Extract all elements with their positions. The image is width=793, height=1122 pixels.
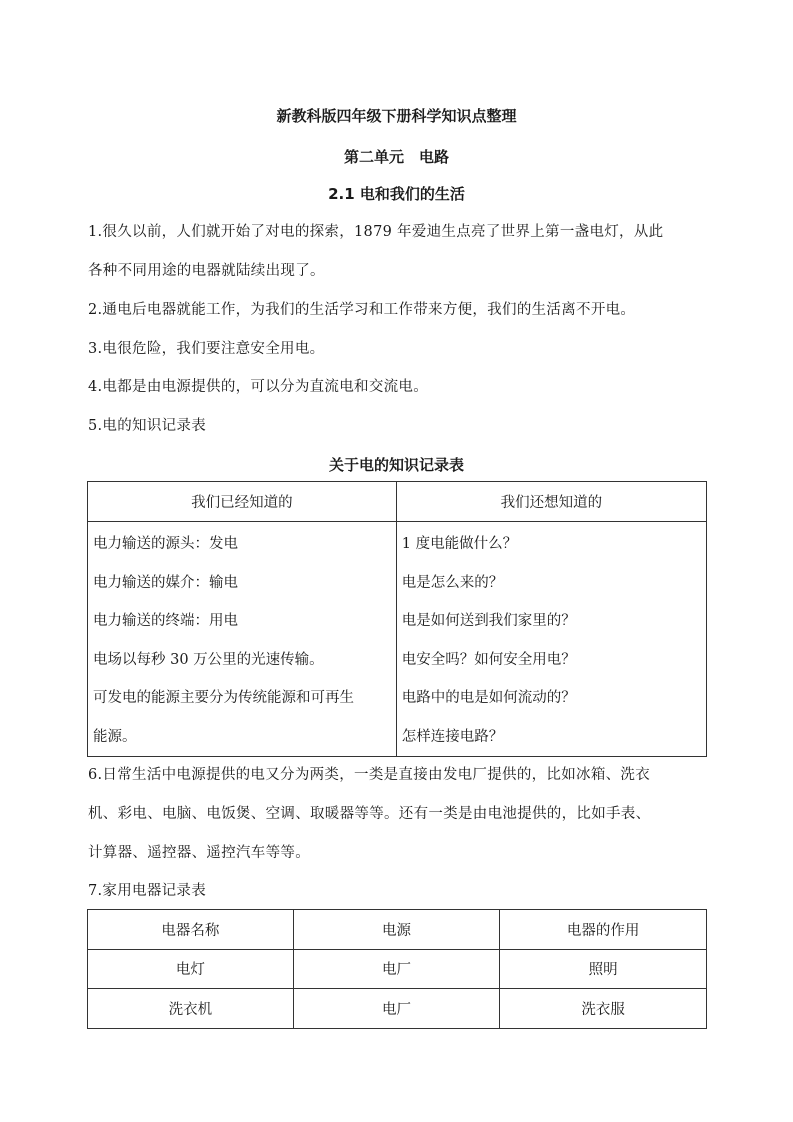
question-item: 电是如何送到我们家里的？ [402,602,706,641]
known-item: 能源。 [93,718,396,757]
paragraph-3: 3.电很危险，我们要注意安全用电。 [88,337,324,358]
table-header-row: 我们已经知道的 我们还想知道的 [88,482,707,522]
known-item: 电力输送的媒介：输电 [93,564,396,603]
appliance-use-cell: 照明 [500,949,707,989]
unit-heading: 第二单元 电路 [0,146,793,167]
header-known: 我们已经知道的 [88,482,397,522]
known-item: 电力输送的源头：发电 [93,525,396,564]
paragraph-6-line-3: 计算器、遥控器、遥控汽车等等。 [88,841,310,862]
paragraph-4: 4.电都是由电源提供的，可以分为直流电和交流电。 [88,375,428,396]
header-appliance-use: 电器的作用 [500,910,707,950]
header-want-to-know: 我们还想知道的 [396,482,706,522]
section-heading: 2.1 电和我们的生活 [0,183,793,204]
paragraph-7: 7.家用电器记录表 [88,879,206,900]
electricity-knowledge-table: 我们已经知道的 我们还想知道的 电力输送的源头：发电 电力输送的媒介：输电 电力… [87,481,707,757]
table1-caption: 关于电的知识记录表 [0,454,793,475]
want-to-know-cell: 1 度电能做什么？ 电是怎么来的？ 电是如何送到我们家里的？ 电安全吗？如何安全… [396,522,706,757]
paragraph-6-line-2: 机、彩电、电脑、电饭煲、空调、取暖器等等。还有一类是由电池提供的，比如手表、 [88,802,650,823]
header-power-source: 电源 [293,910,500,950]
paragraph-6-line-1: 6.日常生活中电源提供的电又分为两类，一类是直接由发电厂提供的，比如冰箱、洗衣 [88,763,650,784]
paragraph-5: 5.电的知识记录表 [88,414,206,435]
question-item: 怎样连接电路？ [402,718,706,757]
known-cell: 电力输送的源头：发电 电力输送的媒介：输电 电力输送的终端：用电 电场以每秒 3… [88,522,397,757]
power-source-cell: 电厂 [293,989,500,1029]
table-row: 洗衣机 电厂 洗衣服 [88,989,707,1029]
question-item: 电路中的电是如何流动的？ [402,679,706,718]
table-row: 电灯 电厂 照明 [88,949,707,989]
question-item: 1 度电能做什么？ [402,525,706,564]
household-appliance-table: 电器名称 电源 电器的作用 电灯 电厂 照明 洗衣机 电厂 洗衣服 [87,909,707,1029]
paragraph-1-line-2: 各种不同用途的电器就陆续出现了。 [88,259,325,280]
known-item: 电场以每秒 30 万公里的光速传输。 [93,641,396,680]
table-header-row: 电器名称 电源 电器的作用 [88,910,707,950]
header-appliance-name: 电器名称 [88,910,294,950]
known-item: 电力输送的终端：用电 [93,602,396,641]
paragraph-1-line-1: 1.很久以前，人们就开始了对电的探索，1879 年爱迪生点亮了世界上第一盏电灯，… [88,220,663,241]
power-source-cell: 电厂 [293,949,500,989]
appliance-name-cell: 电灯 [88,949,294,989]
appliance-use-cell: 洗衣服 [500,989,707,1029]
question-item: 电是怎么来的？ [402,564,706,603]
appliance-name-cell: 洗衣机 [88,989,294,1029]
paragraph-2: 2.通电后电器就能工作，为我们的生活学习和工作带来方便，我们的生活离不开电。 [88,298,635,319]
known-item: 可发电的能源主要分为传统能源和可再生 [93,679,396,718]
table-row: 电力输送的源头：发电 电力输送的媒介：输电 电力输送的终端：用电 电场以每秒 3… [88,522,707,757]
document-title: 新教科版四年级下册科学知识点整理 [0,105,793,126]
question-item: 电安全吗？如何安全用电？ [402,641,706,680]
